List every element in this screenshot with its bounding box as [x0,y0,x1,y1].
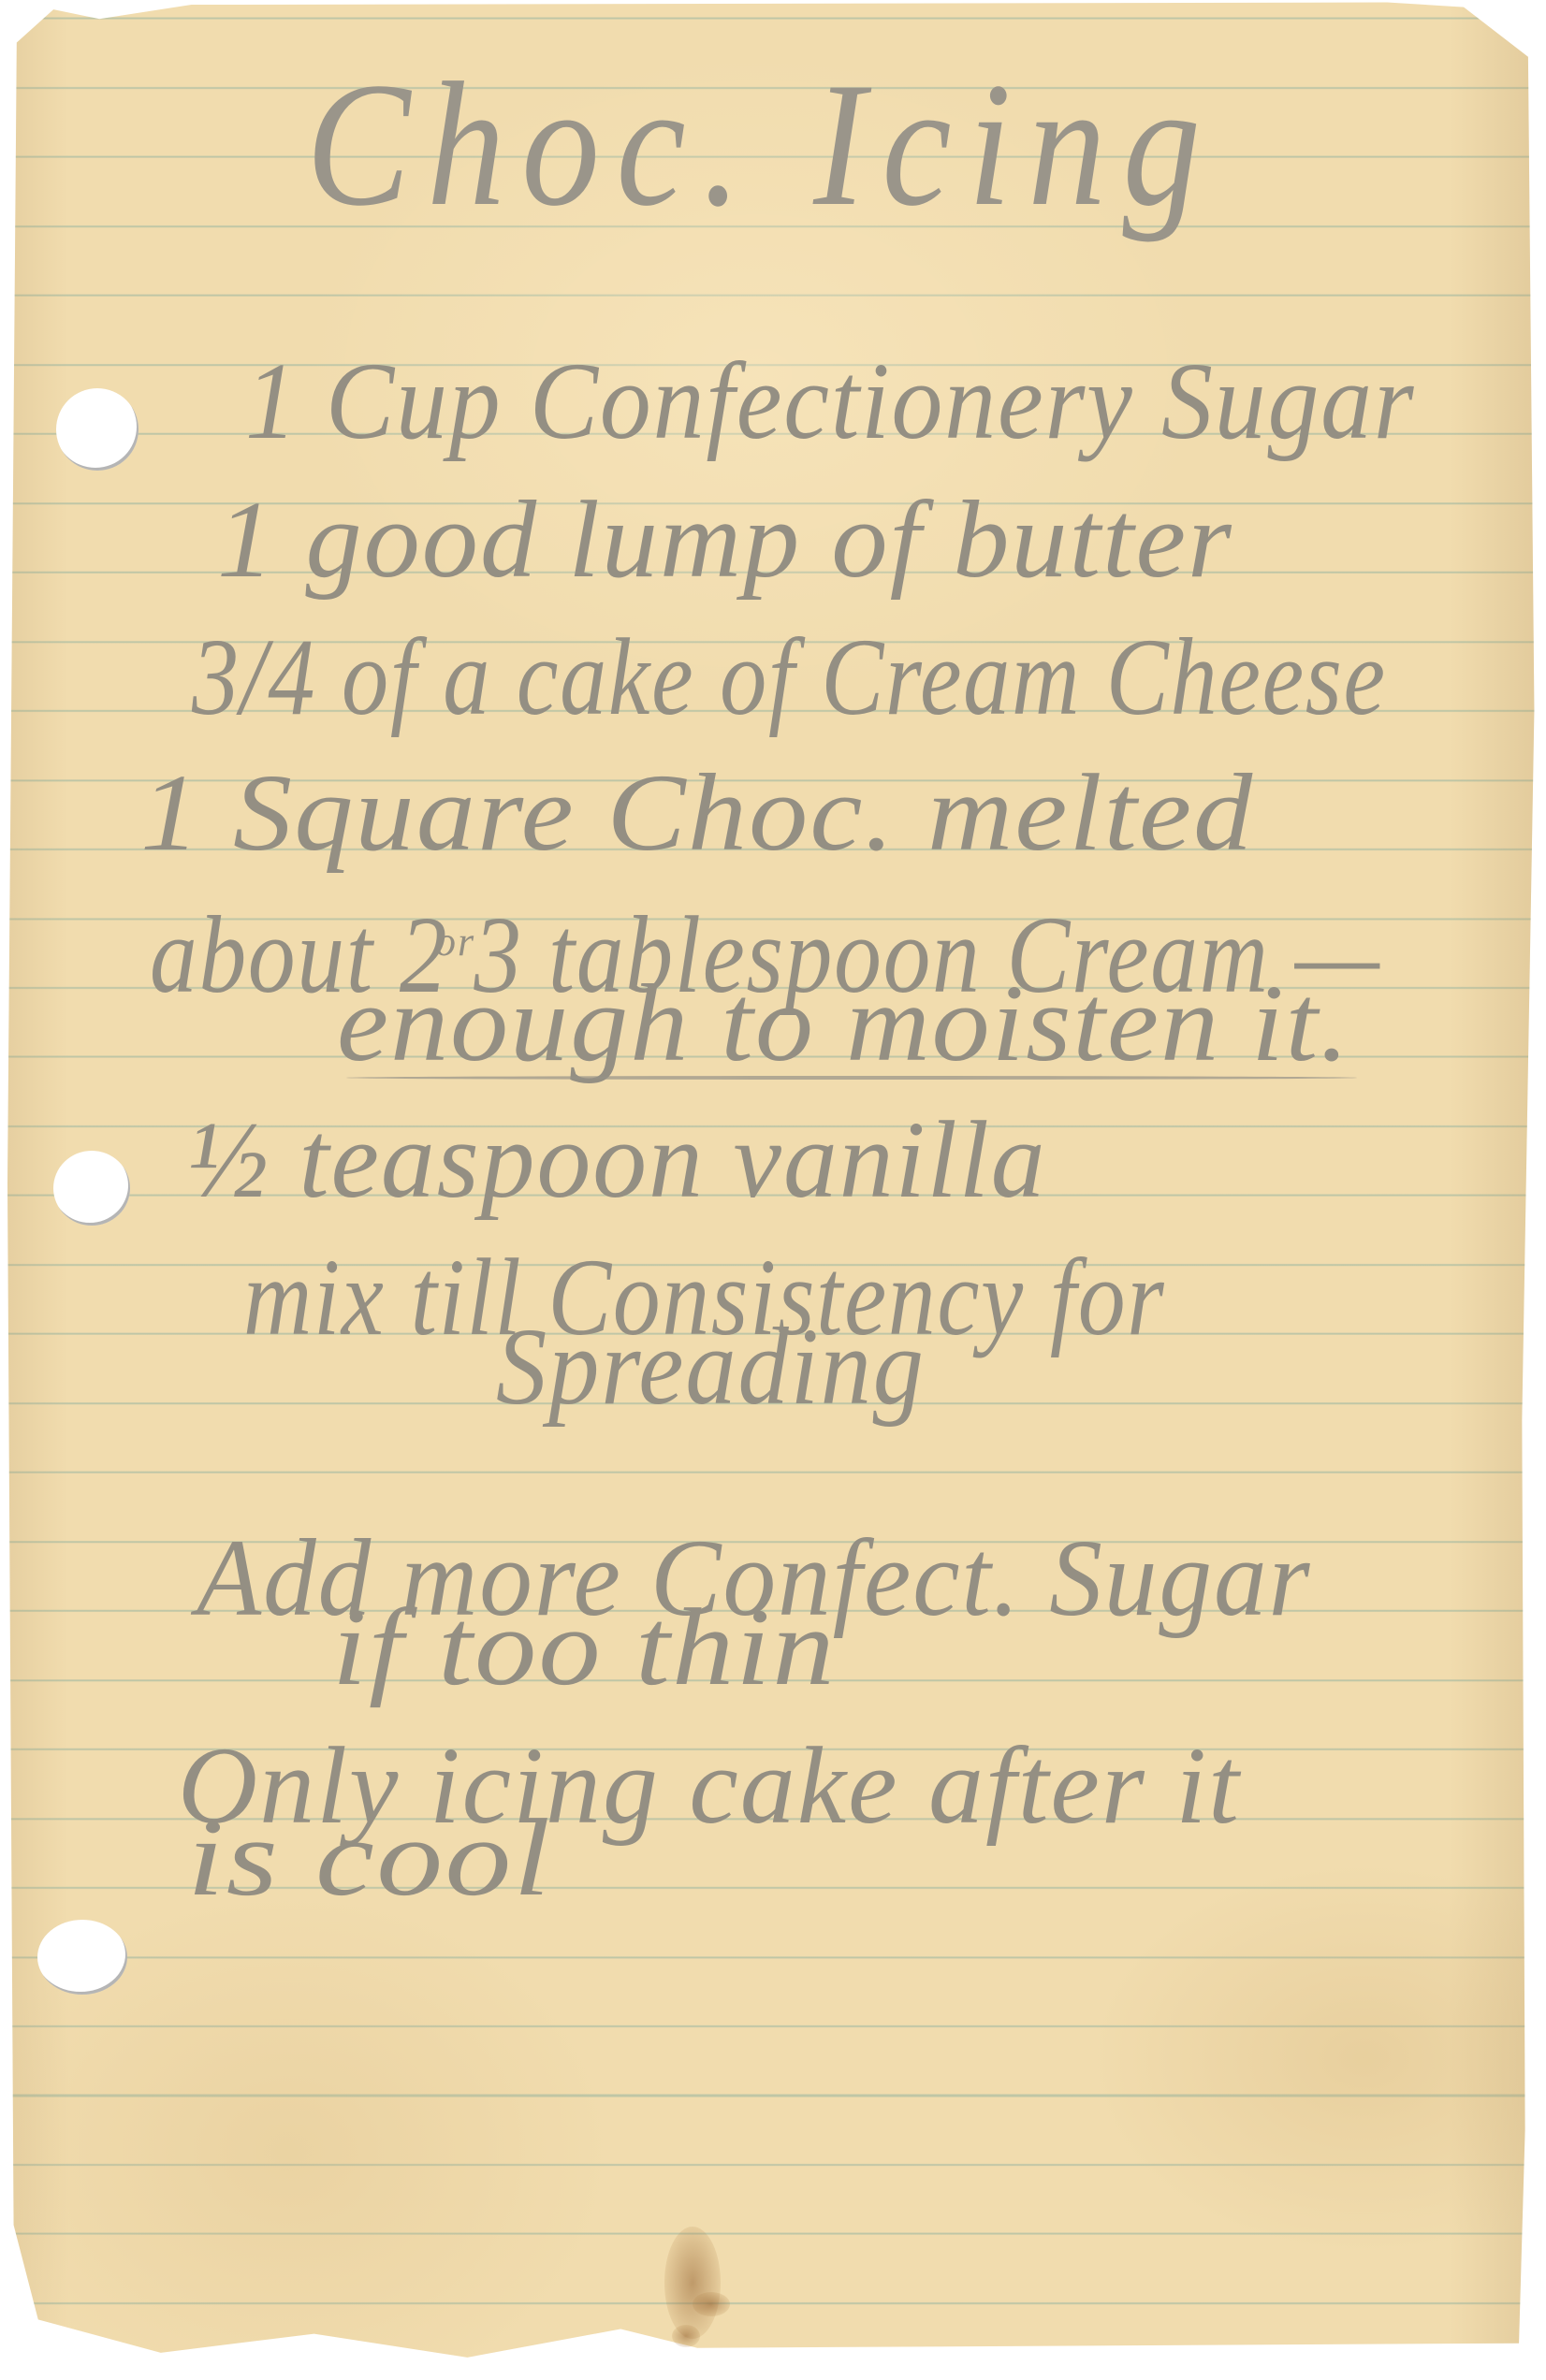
ingredient-line: ½ teaspoon vanilla [187,1105,1047,1215]
instruction-line: if too thin [332,1592,837,1703]
punch-hole-top [56,388,139,471]
ingredient-line: 1 Cup Confectionery Sugar [245,346,1415,457]
ingredient-line: 1 good lump of butter [217,485,1233,595]
punch-hole-middle [53,1151,130,1226]
underline-stroke [346,1076,1357,1080]
ingredient-superscript: or [435,922,475,963]
ingredient-line: enough to moisten it. [337,968,1350,1079]
ingredient-line: 1 Square Choc. melted [140,758,1254,868]
instruction-line: is cool [187,1803,552,1913]
stain-mark [664,2227,721,2339]
recipe-title: Choc. Icing [306,56,1218,234]
punch-hole-bottom [37,1920,127,1995]
stain-mark [693,2292,730,2316]
instruction-line: Spreading [496,1312,926,1422]
stain-mark [672,2325,700,2347]
ingredient-line: 3/4 of a cake of Cream Cheese [192,622,1387,733]
